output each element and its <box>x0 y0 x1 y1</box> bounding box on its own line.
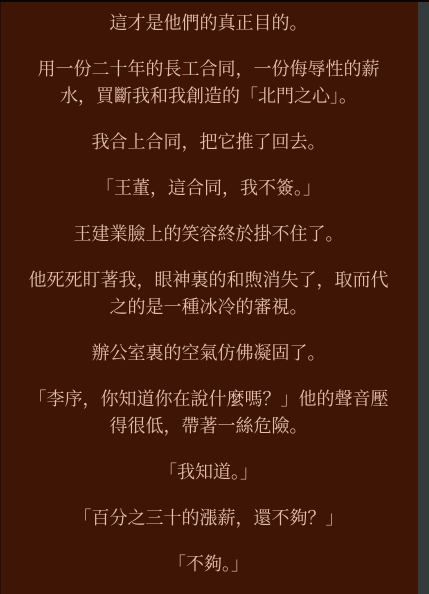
reader-content: 這才是他們的真正目的。用一份二十年的長工合同，一份侮辱性的薪水，買斷我和我創造的… <box>27 10 391 578</box>
paragraph: 「百分之三十的漲薪，還不夠？」 <box>27 505 391 532</box>
paragraph: 王建業臉上的笑容終於掛不住了。 <box>27 221 391 248</box>
paragraph: 「李序，你知道你在說什麼嗎？」他的聲音壓得很低，帶著一絲危險。 <box>27 386 391 440</box>
paragraph: 這才是他們的真正目的。 <box>27 10 391 37</box>
paragraph: 「不夠。」 <box>27 551 391 578</box>
paragraph: 用一份二十年的長工合同，一份侮辱性的薪水，買斷我和我創造的「北門之心」。 <box>27 56 391 110</box>
window-top-border <box>0 0 429 2</box>
paragraph: 「我知道。」 <box>27 459 391 486</box>
paragraph: 「王董，這合同，我不簽。」 <box>27 175 391 202</box>
paragraph: 他死死盯著我，眼神裏的和煦消失了，取而代之的是一種冰冷的審視。 <box>27 267 391 321</box>
paragraph: 辦公室裏的空氣仿佛凝固了。 <box>27 340 391 367</box>
reader-window: 這才是他們的真正目的。用一份二十年的長工合同，一份侮辱性的薪水，買斷我和我創造的… <box>0 0 429 594</box>
scrollbar-track[interactable] <box>417 0 429 594</box>
reader-page: 這才是他們的真正目的。用一份二十年的長工合同，一份侮辱性的薪水，買斷我和我創造的… <box>0 0 417 594</box>
paragraph: 我合上合同，把它推了回去。 <box>27 129 391 156</box>
window-left-border <box>0 0 1 594</box>
